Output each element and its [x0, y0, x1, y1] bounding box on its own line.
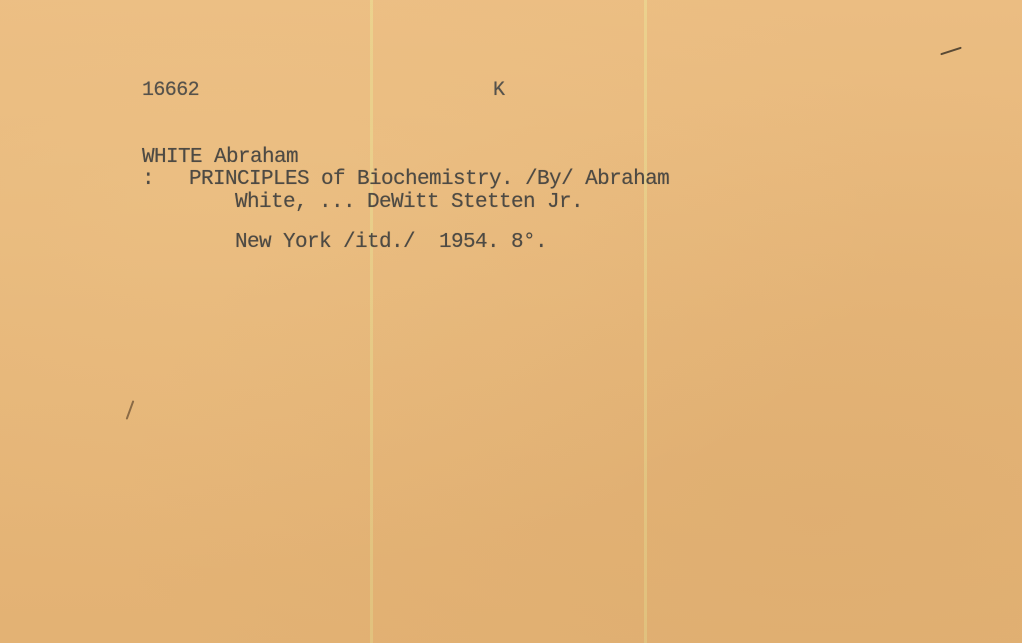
card-rule-line	[644, 0, 647, 643]
title-marker: :	[142, 169, 154, 190]
card-rule-line	[370, 0, 373, 643]
accession-number: 16662	[142, 81, 199, 101]
catalog-card: 16662 K WHITE Abraham : PRINCIPLES of Bi…	[0, 0, 1022, 643]
shelf-mark: K	[493, 81, 504, 101]
title-line-2: White, ... DeWitt Stetten Jr.	[235, 192, 583, 213]
pen-mark	[126, 400, 135, 419]
author-heading: WHITE Abraham	[142, 147, 298, 168]
pen-mark	[940, 47, 962, 56]
imprint: New York /itd./ 1954. 8°.	[235, 232, 547, 253]
title-line-1: PRINCIPLES of Biochemistry. /By/ Abraham	[189, 169, 669, 190]
